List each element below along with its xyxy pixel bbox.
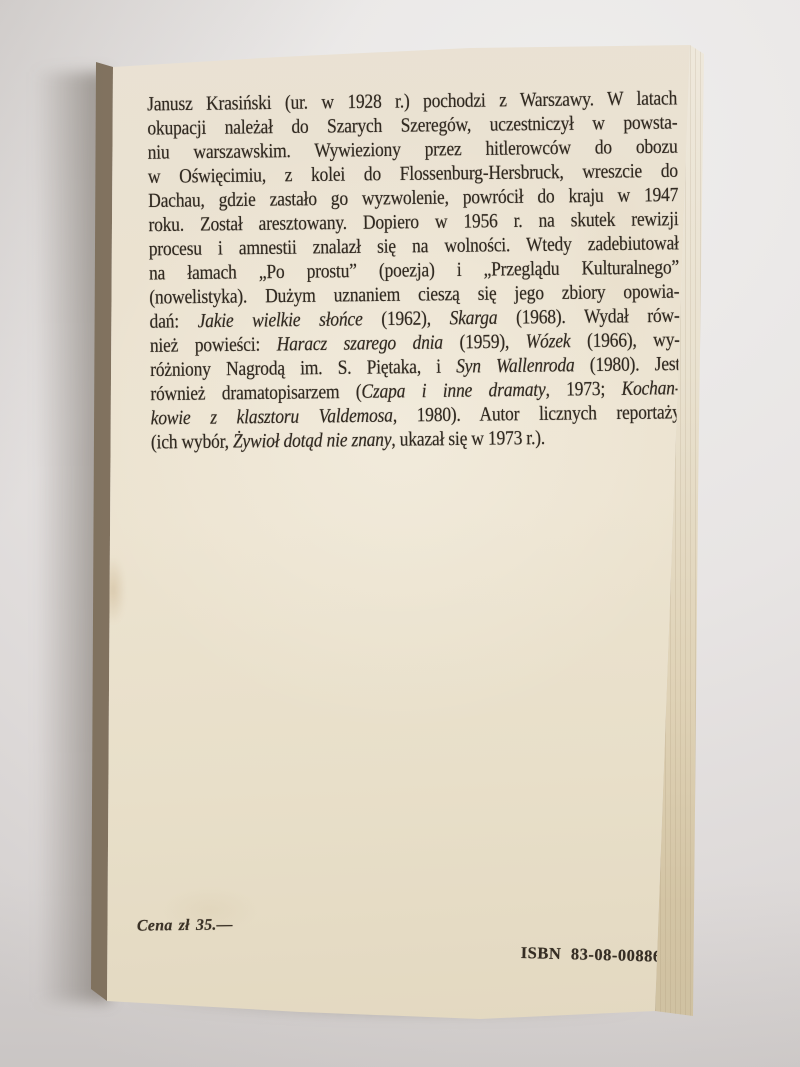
blurb-text-segment: (1980). Jest <box>574 352 680 376</box>
book-title-italic: kowie z klasztoru Valdemosa <box>151 403 393 429</box>
price-label: Cena zł 35.— <box>137 916 233 935</box>
book-title-italic: Czapa i inne dramaty <box>361 377 545 402</box>
isbn-label: ISBN 83-08-00886-0 <box>520 943 676 967</box>
book-title-italic: Kochan- <box>621 376 680 400</box>
blurb-text-segment: nież powieści: <box>150 332 277 356</box>
book-title-italic: Jakie wielkie słońce <box>197 307 362 332</box>
blurb-text-segment: , 1980). Autor licznych reportaży <box>393 400 681 426</box>
blurb: Janusz Krasiński (ur. w 1928 r.) pochodz… <box>147 86 681 454</box>
blurb-text-segment: również dramatopisarzem ( <box>150 379 361 404</box>
book-title-italic: Żywioł dotąd nie znany <box>233 427 392 452</box>
blurb-text-segment: (1959), <box>443 329 526 353</box>
book-title-italic: Skarga <box>449 305 497 329</box>
blurb-text-segment: (1968). Wydał rów- <box>497 303 679 328</box>
blurb-text-segment: , 1973; <box>545 376 621 400</box>
blurb-line-15: (ich wybór, Żywioł dotąd nie znany, ukaz… <box>151 424 681 454</box>
book-title-italic: Wózek <box>526 329 571 353</box>
blurb-text-segment: dań: <box>149 309 197 333</box>
blurb-text-segment: (1962), <box>362 306 449 330</box>
book-photo: Janusz Krasiński (ur. w 1928 r.) pochodz… <box>0 0 800 1067</box>
blurb-text-segment: , ukazał się w 1973 r.). <box>391 426 545 451</box>
blurb-text-segment: (1966), wy- <box>570 327 680 351</box>
blurb-text-segment: różniony Nagrodą im. S. Piętaka, i <box>150 354 456 380</box>
blurb-text-segment: (ich wybór, <box>151 429 233 453</box>
book-title-italic: Haracz szarego dnia <box>277 330 443 355</box>
book-title-italic: Syn Wallenroda <box>456 353 575 377</box>
